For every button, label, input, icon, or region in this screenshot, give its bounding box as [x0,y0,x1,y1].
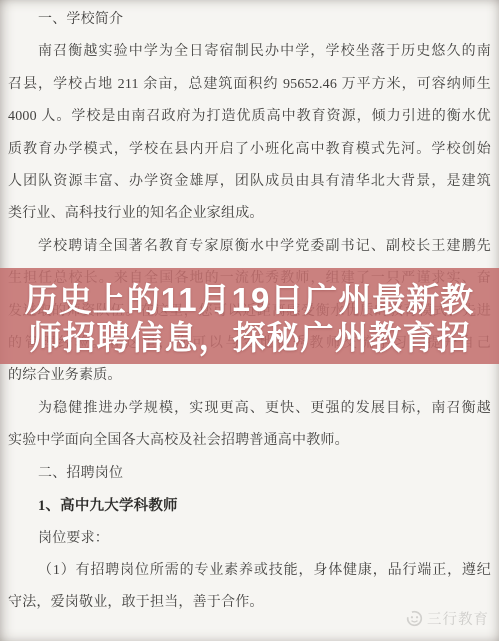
document-line: 质教育办学模式，学校在县内开启了小班化高中教育模式先河。学校创始 [8,134,491,166]
document-line: 为稳健推进办学规模，实现更高、更快、更强的发展目标，南召衡越 [8,393,491,425]
document-line: 实验中学面向全国各大高校及社会招聘普通高中教师。 [8,425,491,457]
document-line: 学校聘请全国著名教育专家原衡水中学党委副书记、副校长王建鹏先 [8,231,491,263]
headline-line-1: 历史上的11月19日广州最新教 [25,281,475,319]
headline-line-2: 师招聘信息，探秘广州教育招 [29,319,471,357]
document-line: 二、招聘岗位 [8,458,491,490]
document-line: 1、高中九大学科教师 [8,490,491,522]
document-line: 类行业、高科技行业的知名企业家组成。 [8,198,491,230]
headline-banner: 历史上的11月19日广州最新教 师招聘信息，探秘广州教育招 [0,268,499,364]
document-line: 召县，学校占地 211 余亩，总建筑面积约 95652.46 万平方米，可容纳师… [8,69,491,101]
document-line: 南召衡越实验中学为全日寄宿制民办中学，学校坐落于历史悠久的南 [8,36,491,68]
watermark-label: 三行教育 [427,608,489,629]
document-line: 一、学校简介 [8,4,491,36]
smiley-logo-icon [406,610,423,627]
document-line: 人团队资源丰富、办学资金雄厚，团队成员由具有清华北大背景，是建筑 [8,166,491,198]
document-line: 4000 人。学校是由南召政府为打造优质高中教育资源，倾力引进的衡水优 [8,101,491,133]
document-page: 一、学校简介南召衡越实验中学为全日寄宿制民办中学，学校坐落于历史悠久的南召县，学… [0,0,499,641]
document-line: （1）有招聘岗位所需的专业素养或技能，身体健康，品行端正，遵纪 [8,555,491,587]
watermark: 三行教育 [406,608,489,629]
document-line: 岗位要求： [8,523,491,555]
document-line: 的综合业务素质。 [8,360,491,392]
